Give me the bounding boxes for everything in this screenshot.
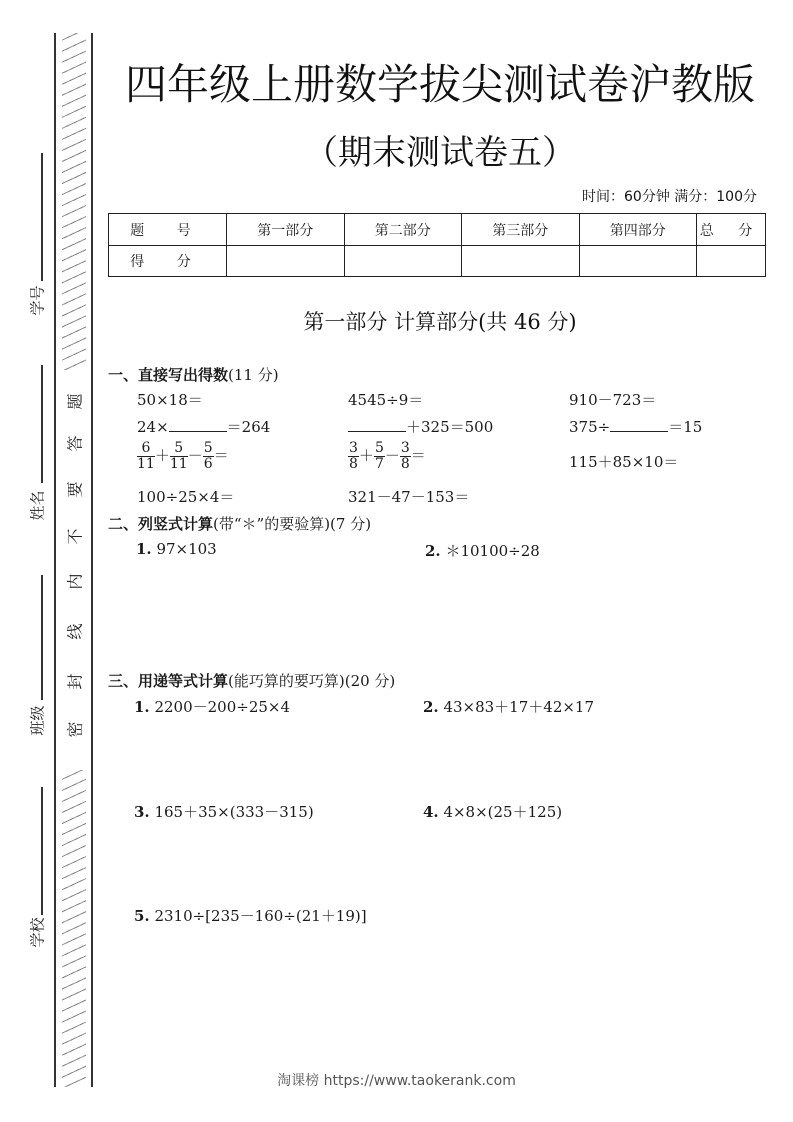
problem-blank: 375÷＝15	[569, 416, 702, 437]
numerator: 5	[374, 441, 385, 457]
question-expr: ＊10100÷28	[441, 542, 540, 560]
fraction: 511	[170, 441, 188, 472]
section3-note: (能巧算的要巧算)(20 分)	[228, 672, 395, 690]
fraction: 38	[400, 441, 411, 472]
question-number: 5.	[134, 907, 150, 925]
student-id-label: 学号	[27, 285, 48, 315]
section2-title: 二、列竖式计算(带“＊”的要验算)(7 分)	[108, 513, 371, 534]
page-title: 四年级上册数学拔尖测试卷沪教版	[100, 52, 780, 112]
class-label: 班级	[27, 705, 48, 735]
score-table: 题 号 第一部分 第二部分 第三部分 第四部分 总 分 得 分	[108, 213, 766, 277]
seal-char: 封	[63, 668, 86, 696]
score-cell[interactable]	[579, 246, 697, 277]
problem: 115＋85×10＝	[569, 451, 678, 472]
problem-blank: ＋325＝500	[348, 416, 493, 437]
seal-char: 要	[63, 476, 86, 504]
fraction: 611	[137, 441, 155, 472]
question-number: 1.	[136, 540, 152, 558]
problem: 50×18＝	[137, 389, 203, 410]
question-number: 2.	[423, 698, 439, 716]
seal-char: 密	[63, 716, 86, 744]
question-number: 1.	[134, 698, 150, 716]
answer-blank[interactable]	[610, 417, 668, 432]
question: 2. 43×83＋17＋42×17	[423, 696, 594, 717]
row-header-score: 得 分	[109, 246, 227, 277]
question-number: 4.	[423, 803, 439, 821]
question: 1. 97×103	[136, 540, 217, 558]
fraction: 56	[203, 441, 214, 472]
denominator: 8	[348, 457, 359, 472]
problem: 321－47－153＝	[348, 486, 469, 507]
question: 2. ＊10100÷28	[425, 540, 540, 561]
part1-title: 第一部分 计算部分(共 46 分)	[100, 306, 780, 336]
name-label: 姓名	[27, 490, 48, 520]
name-field[interactable]	[41, 365, 43, 483]
question: 3. 165＋35×(333－315)	[134, 801, 314, 822]
score-table-header-row: 题 号 第一部分 第二部分 第三部分 第四部分 总 分	[109, 214, 766, 246]
seal-char: 不	[63, 523, 86, 551]
seal-char: 线	[63, 618, 86, 646]
section1-title: 一、直接写出得数(11 分)	[108, 364, 279, 385]
column-header: 第三部分	[462, 214, 580, 246]
operator: －	[385, 447, 400, 465]
score-cell-total[interactable]	[697, 246, 766, 277]
fraction: 38	[348, 441, 359, 472]
question-expr: 2200－200÷25×4	[150, 698, 290, 716]
footer-watermark: 淘课榜 https://www.taokerank.com	[0, 1070, 793, 1090]
page-subtitle: （期末测试卷五）	[100, 125, 780, 174]
expr-part: ＋325＝500	[406, 418, 493, 436]
binding-line-outer	[54, 33, 56, 1087]
question-number: 2.	[425, 542, 441, 560]
section1-points: (11 分)	[228, 366, 279, 384]
question-expr: 4×8×(25＋125)	[439, 803, 562, 821]
operator: ＋	[155, 447, 170, 465]
school-label: 学校	[27, 917, 48, 947]
score-cell[interactable]	[462, 246, 580, 277]
question: 4. 4×8×(25＋125)	[423, 801, 562, 822]
section1-heading: 一、直接写出得数	[108, 366, 228, 384]
expr-part: 24×	[137, 418, 169, 436]
section2-note: (带“＊”的要验算)(7 分)	[213, 515, 371, 533]
column-header: 第一部分	[227, 214, 345, 246]
operator: ＋	[359, 447, 374, 465]
fraction-problem: 611＋511－56＝	[137, 441, 229, 472]
binding-line-inner	[91, 33, 93, 1087]
problem: 100÷25×4＝	[137, 486, 234, 507]
question-number: 3.	[134, 803, 150, 821]
denominator: 11	[170, 457, 188, 472]
exam-meta: 时间：60分钟 满分：100分	[582, 186, 757, 206]
denominator: 8	[400, 457, 411, 472]
question: 1. 2200－200÷25×4	[134, 696, 290, 717]
section3-title: 三、用递等式计算(能巧算的要巧算)(20 分)	[108, 670, 395, 691]
numerator: 6	[137, 441, 155, 457]
row-header-question: 题 号	[109, 214, 227, 246]
fraction-problem: 38＋57－38＝	[348, 441, 426, 472]
operator: －	[188, 447, 203, 465]
section3-heading: 三、用递等式计算	[108, 672, 228, 690]
answer-blank[interactable]	[348, 417, 406, 432]
numerator: 5	[203, 441, 214, 457]
numerator: 3	[348, 441, 359, 457]
student-id-field[interactable]	[41, 153, 43, 281]
expr-part: ＝264	[227, 418, 271, 436]
seal-line-text: 题 答 要 不 内 线 封 密	[60, 370, 88, 770]
seal-char: 答	[63, 430, 86, 458]
denominator: 6	[203, 457, 214, 472]
score-cell[interactable]	[227, 246, 345, 277]
fraction: 57	[374, 441, 385, 472]
expr-part: 375÷	[569, 418, 610, 436]
numerator: 3	[400, 441, 411, 457]
question-expr: 97×103	[152, 540, 217, 558]
seal-char: 题	[63, 388, 86, 416]
section2-heading: 二、列竖式计算	[108, 515, 213, 533]
denominator: 7	[374, 457, 385, 472]
question-expr: 43×83＋17＋42×17	[439, 698, 594, 716]
equals: ＝	[411, 447, 426, 465]
column-header: 第四部分	[579, 214, 697, 246]
denominator: 11	[137, 457, 155, 472]
score-cell[interactable]	[344, 246, 462, 277]
problem-blank: 24×＝264	[137, 416, 270, 437]
school-field[interactable]	[41, 787, 43, 915]
question-expr: 2310÷[235－160÷(21＋19)]	[150, 907, 367, 925]
numerator: 5	[170, 441, 188, 457]
problem: 910－723＝	[569, 389, 656, 410]
problem: 4545÷9＝	[348, 389, 423, 410]
question: 5. 2310÷[235－160÷(21＋19)]	[134, 905, 367, 926]
score-table-score-row: 得 分	[109, 246, 766, 277]
column-header: 总 分	[697, 214, 766, 246]
expr-part: ＝15	[668, 418, 702, 436]
equals: ＝	[214, 447, 229, 465]
answer-blank[interactable]	[169, 417, 227, 432]
column-header: 第二部分	[344, 214, 462, 246]
class-field[interactable]	[41, 575, 43, 700]
seal-char: 内	[63, 568, 86, 596]
question-expr: 165＋35×(333－315)	[150, 803, 314, 821]
